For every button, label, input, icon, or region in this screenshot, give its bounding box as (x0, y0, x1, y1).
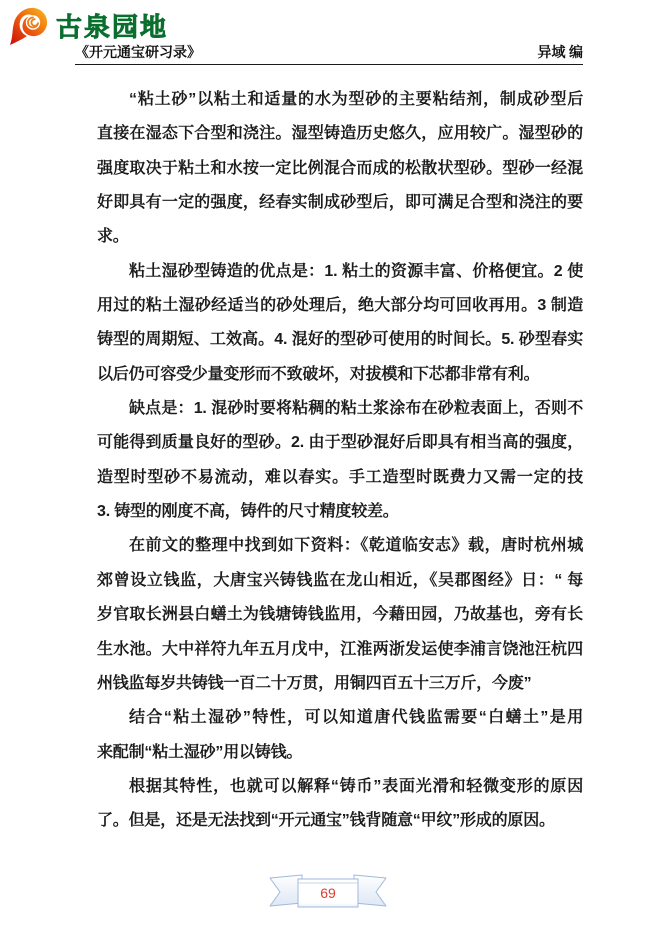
ribbon-left-wing (270, 875, 302, 906)
text-line: “粘土砂”以粘土和适量的水为型砂的主要粘结剂，制成砂型后 (97, 83, 583, 117)
editor-name: 异域 编 (538, 42, 584, 62)
text-line: 求。 (97, 220, 583, 254)
text-line: 缺点是：1. 混砂时要将粘稠的粘土浆涂布在砂粒表面上，否则不 (97, 392, 583, 426)
paragraph: 缺点是：1. 混砂时要将粘稠的粘土浆涂布在砂粒表面上，否则不可能得到质量良好的型… (97, 392, 583, 529)
text-line: 岁官取长洲县白蟮土为钱塘铸钱监用，今藉田园，乃故基也，旁有长 (97, 598, 583, 632)
text-line: 郊曾设立钱监，大唐宝兴铸钱监在龙山相近，《吴郡图经》日：“ 每 (97, 564, 583, 598)
text-line: 以后仍可容受少量变形而不致破坏，对拔模和下芯都非常有利。 (97, 358, 583, 392)
text-line: 在前文的整理中找到如下资料：《乾道临安志》载，唐时杭州城 (97, 529, 583, 563)
text-line: 好即具有一定的强度，经春实制成砂型后，即可满足合型和浇注的要 (97, 186, 583, 220)
text-line: 了。但是，还是无法找到“开元通宝”钱背随意“甲纹”形成的原因。 (97, 804, 583, 838)
book-title: 《开元通宝研习录》 (75, 42, 201, 62)
text-line: 用过的粘土湿砂经适当的砂处理后，绝大部分均可回收再用。3 制造 (97, 289, 583, 323)
document-page: 古泉园地 《开元通宝研习录》 异域 编 “粘土砂”以粘土和适量的水为型砂的主要粘… (0, 0, 656, 928)
text-line: 直接在湿态下合型和浇注。湿型铸造历史悠久，应用较广。湿型砂的 (97, 117, 583, 151)
text-line: 州钱监每岁共铸钱一百二十万贯，用铜四百五十三万斤，今废” (97, 667, 583, 701)
text-line: 结合“粘土湿砂”特性，可以知道唐代钱监需要“白蟮土”是用 (97, 701, 583, 735)
paragraph: 根据其特性，也就可以解释“铸币”表面光滑和轻微变形的原因了。但是，还是无法找到“… (97, 770, 583, 839)
text-line: 生水池。大中祥符九年五月戊中，江淮两浙发运使李浦言饶池汪杭四 (97, 633, 583, 667)
text-line: 铸型的周期短、工效高。4. 混好的型砂可使用的时间长。5. 砂型春实 (97, 323, 583, 357)
text-line: 可能得到质量良好的型砂。2. 由于型砂混好后即具有相当高的强度， (97, 426, 583, 460)
ribbon-right-wing (354, 875, 386, 906)
paragraph: 结合“粘土湿砂”特性，可以知道唐代钱监需要“白蟮土”是用来配制“粘土湿砂”用以铸… (97, 701, 583, 770)
paragraph: 在前文的整理中找到如下资料：《乾道临安志》载，唐时杭州城郊曾设立钱监，大唐宝兴铸… (97, 529, 583, 701)
text-line: 造型时型砂不易流动，难以春实。手工造型时既费力又需一定的技巧。 (97, 461, 583, 495)
text-line: 3. 铸型的刚度不高，铸件的尺寸精度较差。 (97, 495, 583, 529)
body-text: “粘土砂”以粘土和适量的水为型砂的主要粘结剂，制成砂型后直接在湿态下合型和浇注。… (97, 83, 583, 839)
paragraph: “粘土砂”以粘土和适量的水为型砂的主要粘结剂，制成砂型后直接在湿态下合型和浇注。… (97, 83, 583, 255)
paragraph: 粘土湿砂型铸造的优点是：1. 粘土的资源丰富、价格便宜。2 使用过的粘土湿砂经适… (97, 255, 583, 392)
page-footer: 69 (268, 871, 388, 917)
page-number-ribbon: 69 (268, 871, 388, 917)
page-header: 《开元通宝研习录》 异域 编 (75, 36, 583, 65)
text-line: 强度取决于粘土和水按一定比例混合而成的松散状型砂。型砂一经混 (97, 152, 583, 186)
swirl-coin-icon (6, 4, 50, 46)
text-line: 根据其特性，也就可以解释“铸币”表面光滑和轻微变形的原因 (97, 770, 583, 804)
text-line: 来配制“粘土湿砂”用以铸钱。 (97, 736, 583, 770)
text-line: 粘土湿砂型铸造的优点是：1. 粘土的资源丰富、价格便宜。2 使 (97, 255, 583, 289)
page-number: 69 (320, 885, 336, 901)
